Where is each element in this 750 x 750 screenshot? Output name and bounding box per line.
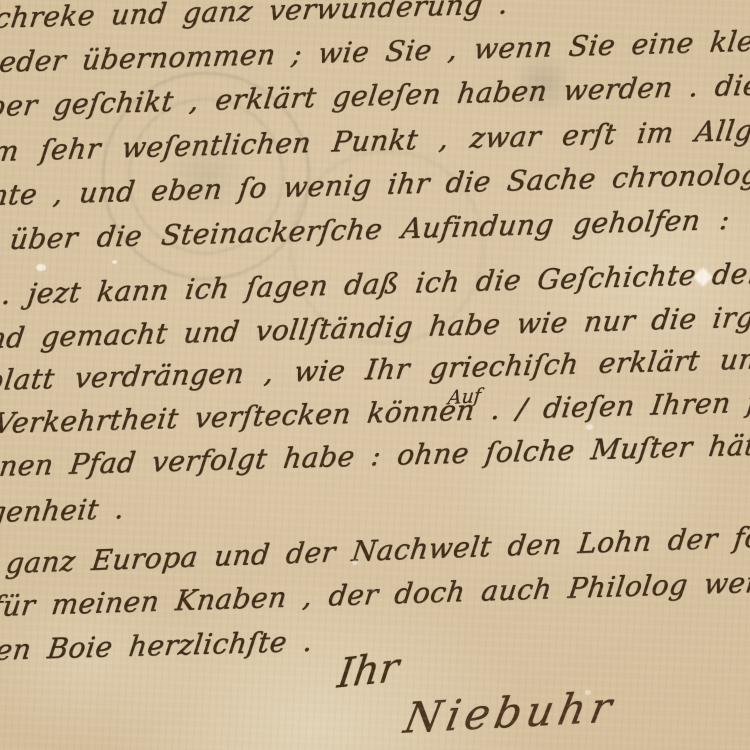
- paper-fleck: [36, 264, 46, 271]
- handwriting-line: ſchreke und ganz verwunderung .: [0, 0, 511, 35]
- interline-insertion: Auf: [447, 385, 482, 410]
- handwriting-line: genheit .: [0, 492, 127, 529]
- paper-fleck: [352, 560, 358, 565]
- handwriting-line: ten Boie herzlichſte .: [0, 625, 315, 667]
- paper-fleck: [586, 424, 593, 430]
- letter-page: ſchreke und ganz verwunderung . ieder üb…: [0, 0, 750, 750]
- paper-fleck: [112, 260, 117, 264]
- paper-fleck: [585, 690, 591, 695]
- signature-salutation: Ihr: [335, 644, 402, 697]
